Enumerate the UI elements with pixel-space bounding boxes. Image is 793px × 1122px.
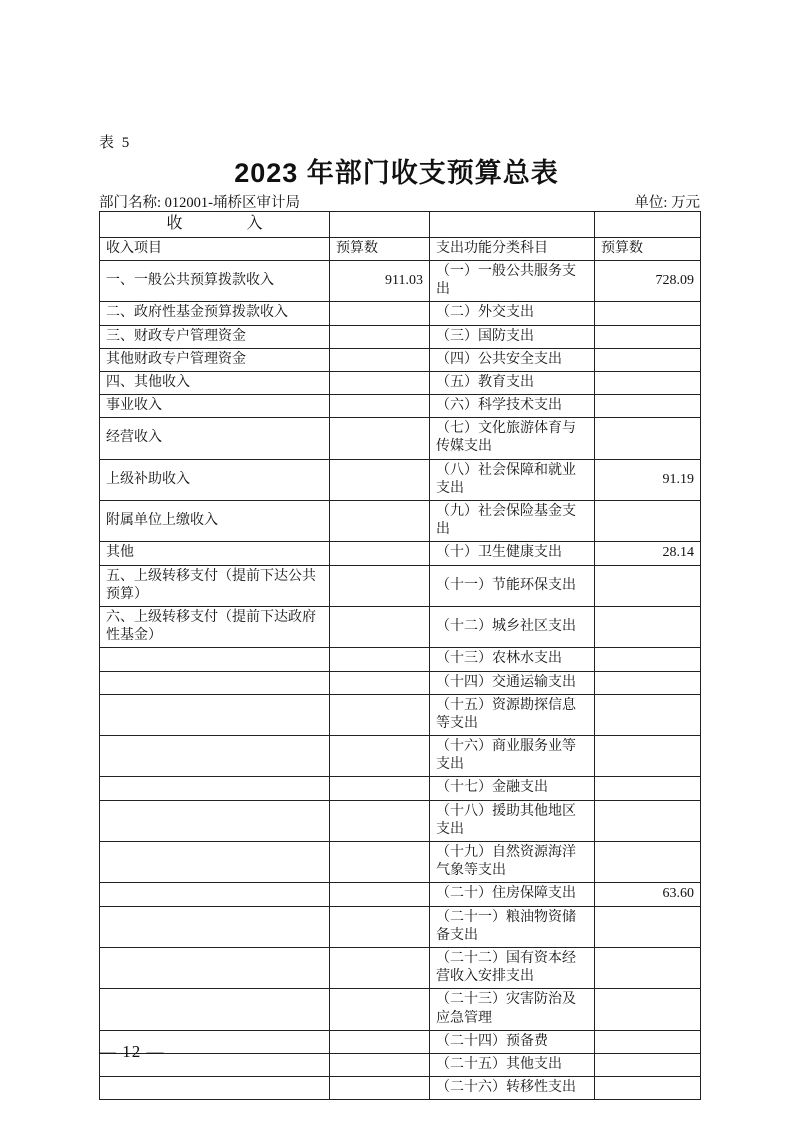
table-row: 五、上级转移支付（提前下达公共预算） （十一）节能环保支出 [100,565,701,606]
income-item-cell [100,883,330,906]
expense-item-cell: （十七）金融支出 [430,777,595,800]
income-budget-cell [330,348,430,371]
income-item-cell: 四、其他收入 [100,371,330,394]
table-row: 上级补助收入 （八）社会保障和就业支出 91.19 [100,459,701,500]
table-body: 一、一般公共预算拨款收入 911.03 （一）一般公共服务支出 728.09 二… [100,260,701,1099]
income-budget-cell [330,648,430,671]
income-item-cell [100,694,330,735]
table-row: （十六）商业服务业等支出 [100,736,701,777]
expense-budget-cell [595,501,701,542]
expense-budget-cell [595,671,701,694]
expense-budget-cell [595,418,701,459]
income-budget-cell [330,418,430,459]
expense-item-cell: （二十）住房保障支出 [430,883,595,906]
table-row: （二十六）转移性支出 [100,1077,701,1100]
income-budget-cell [330,694,430,735]
expense-budget-cell [595,348,701,371]
table-row: 附属单位上缴收入 （九）社会保险基金支出 [100,501,701,542]
expense-budget-cell [595,565,701,606]
expense-item-cell: （十五）资源勘探信息等支出 [430,694,595,735]
income-budget-cell [330,883,430,906]
expense-budget-cell [595,1030,701,1053]
income-item-cell: 一、一般公共预算拨款收入 [100,260,330,301]
col-header-income-budget: 预算数 [330,237,430,260]
table-row: （二十一）粮油物资储备支出 [100,906,701,947]
income-budget-cell [330,325,430,348]
income-budget-cell [330,736,430,777]
income-budget-cell [330,989,430,1030]
income-budget-cell [330,501,430,542]
income-budget-cell [330,371,430,394]
expense-budget-cell: 63.60 [595,883,701,906]
table-tag: 表 5 [99,131,131,152]
income-item-cell: 其他 [100,542,330,565]
expense-budget-cell [595,325,701,348]
expense-budget-cell [595,906,701,947]
table-row: 三、财政专户管理资金 （三）国防支出 [100,325,701,348]
income-item-cell: 上级补助收入 [100,459,330,500]
income-item-cell: 经营收入 [100,418,330,459]
expense-item-cell: （二十二）国有资本经营收入安排支出 [430,947,595,988]
expense-item-cell: （四）公共安全支出 [430,348,595,371]
expense-item-cell: （二十一）粮油物资储备支出 [430,906,595,947]
expense-budget-cell: 28.14 [595,542,701,565]
expense-budget-cell [595,694,701,735]
income-budget-cell [330,800,430,841]
expense-budget-cell [595,947,701,988]
income-item-cell: 二、政府性基金预算拨款收入 [100,302,330,325]
income-section-row: 收 入 [100,212,701,238]
expense-item-cell: （七）文化旅游体育与传媒支出 [430,418,595,459]
expense-budget-cell [595,302,701,325]
income-budget-cell [330,565,430,606]
expense-item-cell: （十九）自然资源海洋气象等支出 [430,842,595,883]
expense-item-cell: （十二）城乡社区支出 [430,606,595,647]
table-row: （二十）住房保障支出 63.60 [100,883,701,906]
expense-item-cell: （二）外交支出 [430,302,595,325]
expense-item-cell: （十）卫生健康支出 [430,542,595,565]
table-row: （二十四）预备费 [100,1030,701,1053]
empty-cell [330,212,430,238]
income-section-header: 收 入 [100,212,330,238]
page-number: — 12 — [99,1042,165,1062]
expense-budget-cell [595,606,701,647]
expense-item-cell: （十一）节能环保支出 [430,565,595,606]
income-item-cell: 五、上级转移支付（提前下达公共预算） [100,565,330,606]
income-budget-cell [330,1053,430,1076]
table-row: 其他 （十）卫生健康支出 28.14 [100,542,701,565]
expense-budget-cell [595,1077,701,1100]
empty-cell [430,212,595,238]
expense-item-cell: （一）一般公共服务支出 [430,260,595,301]
table-row: （十九）自然资源海洋气象等支出 [100,842,701,883]
expense-item-cell: （三）国防支出 [430,325,595,348]
col-header-income-item: 收入项目 [100,237,330,260]
income-budget-cell [330,542,430,565]
expense-item-cell: （五）教育支出 [430,371,595,394]
income-budget-cell [330,947,430,988]
table-row: （二十二）国有资本经营收入安排支出 [100,947,701,988]
expense-item-cell: （二十六）转移性支出 [430,1077,595,1100]
budget-table: 收 入 收入项目 预算数 支出功能分类科目 预算数 一、一般公共预算拨款收入 9… [99,211,701,1100]
income-item-cell: 六、上级转移支付（提前下达政府性基金） [100,606,330,647]
income-item-cell [100,842,330,883]
income-item-cell [100,1077,330,1100]
expense-item-cell: （十三）农林水支出 [430,648,595,671]
expense-budget-cell [595,1053,701,1076]
table-row: 二、政府性基金预算拨款收入 （二）外交支出 [100,302,701,325]
income-budget-cell [330,777,430,800]
income-item-cell: 三、财政专户管理资金 [100,325,330,348]
expense-item-cell: （十八）援助其他地区支出 [430,800,595,841]
income-budget-cell [330,906,430,947]
income-budget-cell [330,1030,430,1053]
table-row: （十五）资源勘探信息等支出 [100,694,701,735]
income-item-cell [100,648,330,671]
expense-budget-cell: 728.09 [595,260,701,301]
document-page: 表 5 2023 年部门收支预算总表 部门名称: 012001-埇桥区审计局 单… [0,0,793,1122]
expense-item-cell: （六）科学技术支出 [430,395,595,418]
expense-item-cell: （二十四）预备费 [430,1030,595,1053]
income-item-cell: 附属单位上缴收入 [100,501,330,542]
column-header-row: 收入项目 预算数 支出功能分类科目 预算数 [100,237,701,260]
expense-item-cell: （二十三）灾害防治及应急管理 [430,989,595,1030]
table-row: 事业收入 （六）科学技术支出 [100,395,701,418]
income-item-cell [100,800,330,841]
table-row: （二十五）其他支出 [100,1053,701,1076]
meta-row: 部门名称: 012001-埇桥区审计局 单位: 万元 [99,191,700,212]
income-item-cell: 其他财政专户管理资金 [100,348,330,371]
table-row: 经营收入 （七）文化旅游体育与传媒支出 [100,418,701,459]
income-budget-cell [330,842,430,883]
table-row: 六、上级转移支付（提前下达政府性基金） （十二）城乡社区支出 [100,606,701,647]
expense-budget-cell [595,371,701,394]
table-row: （十七）金融支出 [100,777,701,800]
income-budget-cell [330,302,430,325]
table-row: （二十三）灾害防治及应急管理 [100,989,701,1030]
expense-item-cell: （十四）交通运输支出 [430,671,595,694]
income-item-cell [100,906,330,947]
empty-cell [595,212,701,238]
page-title: 2023 年部门收支预算总表 [0,151,793,190]
income-item-cell: 事业收入 [100,395,330,418]
expense-budget-cell [595,800,701,841]
unit-label: 单位: 万元 [634,191,700,212]
income-budget-cell [330,606,430,647]
expense-budget-cell [595,395,701,418]
expense-item-cell: （二十五）其他支出 [430,1053,595,1076]
income-budget-cell: 911.03 [330,260,430,301]
table-row: 一、一般公共预算拨款收入 911.03 （一）一般公共服务支出 728.09 [100,260,701,301]
income-item-cell [100,777,330,800]
col-header-expense-item: 支出功能分类科目 [430,237,595,260]
expense-budget-cell [595,842,701,883]
expense-item-cell: （十六）商业服务业等支出 [430,736,595,777]
income-budget-cell [330,459,430,500]
expense-budget-cell [595,648,701,671]
expense-item-cell: （八）社会保障和就业支出 [430,459,595,500]
expense-budget-cell: 91.19 [595,459,701,500]
table-row: （十八）援助其他地区支出 [100,800,701,841]
expense-budget-cell [595,989,701,1030]
table-row: （十三）农林水支出 [100,648,701,671]
expense-item-cell: （九）社会保险基金支出 [430,501,595,542]
income-item-cell [100,989,330,1030]
income-budget-cell [330,1077,430,1100]
income-item-cell [100,671,330,694]
expense-budget-cell [595,736,701,777]
expense-budget-cell [595,777,701,800]
income-budget-cell [330,395,430,418]
income-item-cell [100,947,330,988]
table-row: 其他财政专户管理资金 （四）公共安全支出 [100,348,701,371]
table-row: 四、其他收入 （五）教育支出 [100,371,701,394]
department-name: 部门名称: 012001-埇桥区审计局 [99,191,300,212]
income-item-cell [100,736,330,777]
table-row: （十四）交通运输支出 [100,671,701,694]
income-budget-cell [330,671,430,694]
col-header-expense-budget: 预算数 [595,237,701,260]
